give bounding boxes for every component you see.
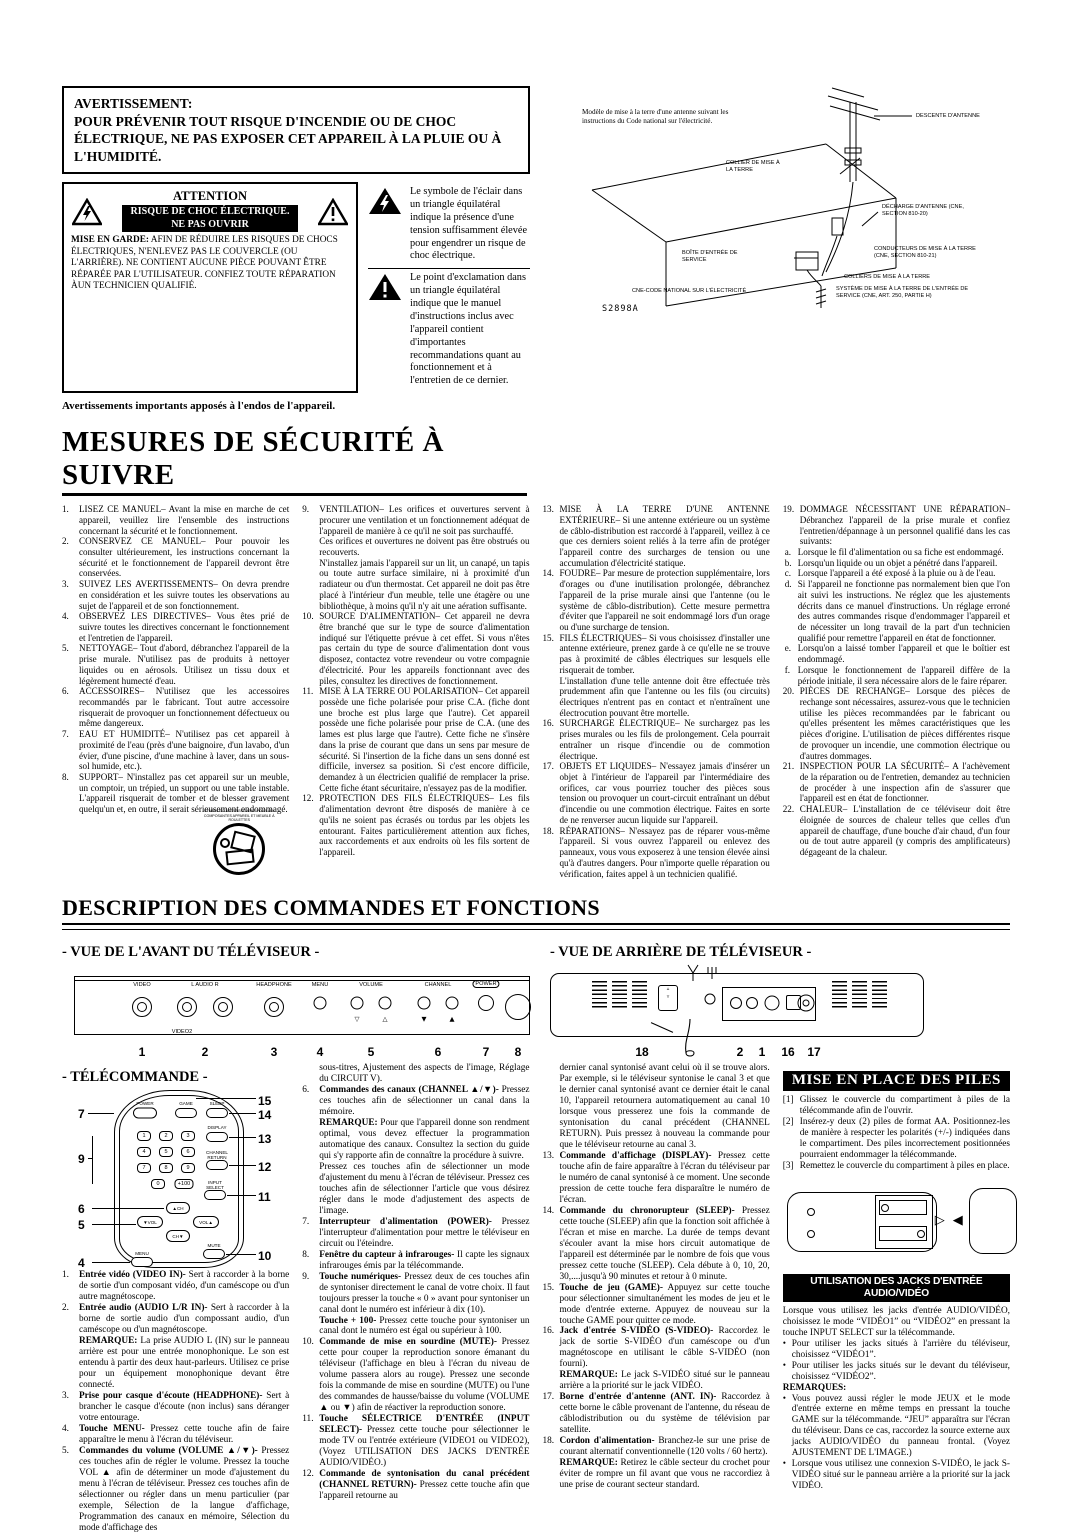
vent-grill	[872, 981, 887, 1008]
callout-13: 13	[258, 1132, 271, 1146]
menu-button	[314, 997, 327, 1010]
rear-view-block: - VUE DE ARRIÈRE DE TÉLÉVISEUR - ▵▿	[550, 938, 1010, 1059]
antenna-caption: Modèle de mise à la terre d'une antenne …	[582, 108, 750, 127]
tipover-pictogram	[213, 823, 265, 875]
title-double-rule	[62, 923, 1010, 930]
battery-terminal	[917, 1230, 925, 1238]
lightning-triangle-icon	[72, 198, 102, 231]
command-item: 15.Touche de jeu (GAME)- Appuyez sur cet…	[543, 1283, 770, 1327]
command-item: 11.Touche SÉLECTRICE D'ENTRÉE (INPUT SEL…	[302, 1414, 529, 1469]
item12-continuation: dernier canal syntonisé avant celui où i…	[560, 1063, 770, 1151]
rear-view-heading: - VUE DE ARRIÈRE DE TÉLÉVISEUR -	[550, 944, 1010, 961]
command-item: 13.Commande d'affichage (DISPLAY)- Press…	[543, 1151, 770, 1206]
command-item: 17.Borne d'entrée d'antenne (ANT. IN)- R…	[543, 1392, 770, 1436]
command-item: 16.Jack d'entrée S-VIDÉO (S-VIDEO)- Racc…	[543, 1326, 770, 1392]
remote-channel-up-button: ▲CH	[166, 1202, 190, 1214]
vent-grill	[852, 981, 867, 1008]
battery-step: [1]Glissez le couvercle du compartiment …	[783, 1095, 1010, 1117]
commands-title: DESCRIPTION DES COMMANDES ET FONCTIONS	[62, 895, 1010, 921]
callout-15: 15	[258, 1094, 271, 1108]
label-conducteurs: CONDUCTEURS DE MISE À LA TERRE (CNE, SEC…	[874, 246, 984, 260]
safety-list-4: 19.DOMMAGE NÉCESSITANT UNE RÉPARATION– D…	[783, 504, 1010, 858]
jacks-bullets-list: •Pour utiliser les jacks situés à l'arri…	[783, 1339, 1010, 1383]
remote-channel-return-button	[206, 1160, 228, 1170]
batteries-heading: MISE EN PLACE DES PILES	[783, 1071, 1010, 1091]
front-panel-diagram: VIDEO L AUDIO R HEADPHONE MENU VOLUME CH…	[62, 963, 532, 1059]
battery-terminal	[881, 1204, 889, 1212]
symbol-note-lightning: Le symbole de l'éclair dans un triangle …	[368, 183, 530, 268]
command-item: 7.Interrupteur d'alimentation (POWER)- P…	[302, 1217, 529, 1250]
vent-grill	[612, 981, 627, 1008]
leader-line	[92, 1136, 93, 1184]
remote-game-button	[175, 1108, 197, 1118]
leader-line	[88, 1158, 93, 1159]
front-number-7: 7	[483, 1045, 490, 1059]
leader-line	[88, 1113, 114, 1114]
channel-up-arrow: ▲	[450, 1015, 455, 1023]
leader-line	[92, 1262, 130, 1263]
screw-dot	[807, 1230, 815, 1238]
safety-item: 17.OBJETS ET LIQUIDES– N'essayez jamais …	[543, 761, 770, 825]
avertissement-box: AVERTISSEMENT: POUR PRÉVENIR TOUT RISQUE…	[62, 86, 530, 174]
power-button	[478, 995, 494, 1011]
remote-digit-8: 8	[159, 1163, 173, 1173]
video-in-jack	[132, 997, 152, 1017]
rear-number-17: 17	[807, 1045, 820, 1059]
remote-diagram: POWER GAME SLEEP DISPLAY 1 2 3 4 5 6 7 8…	[62, 1088, 289, 1270]
channel-up-button	[446, 997, 459, 1010]
rear-antenna-symbol	[678, 963, 728, 983]
rear-audio-r-jack	[746, 997, 758, 1009]
safety-item: 16.SURCHARGE ÉLECTRIQUE– Ne surchargez p…	[543, 718, 770, 761]
leader-line	[229, 1113, 256, 1114]
label-video2: VIDEO2	[172, 1029, 193, 1035]
leader-line	[226, 1254, 256, 1255]
label-volume: VOLUME	[359, 982, 383, 988]
leader-line	[229, 1137, 256, 1138]
remote-digit-0: 0	[151, 1179, 165, 1189]
safety-item: 21.INSPECTION POUR LA SÉCURITÉ– A l'achè…	[783, 761, 1010, 804]
attention-box: ATTENTION RISQUE DE CHOC ÉLECTRIQUE. NE …	[62, 182, 358, 393]
symbol-note-text: Le symbole de l'éclair dans un triangle …	[410, 186, 530, 263]
callout-12: 12	[258, 1160, 271, 1174]
jacks-remarques-list: •Vous pouvez aussi régler le mode JEUX e…	[783, 1394, 1010, 1493]
attention-title: ATTENTION	[71, 189, 349, 204]
tipover-caption: SYMBOLE D'AVERTISSEMENT POUR LES COMPOSA…	[195, 809, 283, 822]
vent-grill	[832, 981, 847, 1008]
label-decharge-antenne: DÉCHARGE D'ANTENNE (CNE, SECTION 810-20)	[882, 204, 968, 218]
jacks-remarque: •Lorsque vous utilisez une connexion S-V…	[783, 1459, 1010, 1492]
mise-en-garde-text: MISE EN GARDE: AFIN DE RÉDUIRE LES RISQU…	[71, 235, 349, 293]
label-l-audio-r: L AUDIO R	[191, 982, 218, 988]
label-collier-mise-terre: COLLIER DE MISE À LA TERRE	[726, 160, 784, 174]
symbol-note-text: Le point d'exclamation dans un triangle …	[410, 272, 530, 388]
power-cord-drawing	[670, 1019, 710, 1059]
volume-down-button	[351, 997, 364, 1010]
remote-display-button	[206, 1132, 228, 1142]
command-item: 6.Commandes des canaux (CHANNEL ▲/▼)- Pr…	[302, 1085, 529, 1217]
safety-item: 4.OBSERVEZ LES DIRECTIVES– Vous êtes pri…	[62, 611, 289, 643]
safety-col-2: 9.VENTILATION– Les orifices et ouverture…	[302, 504, 529, 879]
front-number-1: 1	[139, 1045, 146, 1059]
command-item: 4.Touche MENU- Pressez cette touche afin…	[62, 1424, 289, 1446]
lightning-solid-triangle-icon	[368, 186, 402, 221]
lower-columns: - TÉLÉCOMMANDE - POWER GAME SLEEP DISPLA…	[62, 1063, 1010, 1533]
safety-item: a.Lorsque le fil d'alimentation ou sa fi…	[785, 547, 1010, 558]
safety-list-3: 13.MISE À LA TERRE D'UNE ANTENNE EXTÉRIE…	[543, 504, 770, 879]
safety-item: 14.FOUDRE– Par mesure de protection supp…	[543, 568, 770, 632]
rear-antenna-connector	[798, 995, 815, 1012]
remote-volume-up-button: VOL▲	[193, 1216, 219, 1228]
remote-channel-return-label: CHANNEL RETURN	[202, 1150, 232, 1160]
command-item: 1.Entrée vidéo (VIDEO IN)- Sert à raccor…	[62, 1270, 289, 1303]
rear-panel-diagram: ▵▿ 18 2 1 16 17	[550, 963, 1010, 1059]
label-colliers: COLLIERS DE MISE À LA TERRE	[844, 274, 954, 281]
label-cne: CNE-CODE NATIONAL SUR L'ÉLECTRICITÉ	[632, 288, 782, 295]
safety-item: 15.FILS ÉLECTRIQUES– Si vous choisissez …	[543, 633, 770, 719]
item5-continuation: sous-titres, Ajustement des aspects de l…	[319, 1063, 529, 1085]
remote-digit-4: 4	[137, 1147, 151, 1157]
symbol-note-exclamation: Le point d'exclamation dans un triangle …	[368, 268, 530, 393]
safety-col-4: 19.DOMMAGE NÉCESSITANT UNE RÉPARATION– D…	[783, 504, 1010, 879]
label-systeme-mise-terre: SYSTÈME DE MISE À LA TERRE DE L'ENTRÉE D…	[836, 286, 986, 300]
top-row: AVERTISSEMENT: POUR PRÉVENIR TOUT RISQUE…	[62, 86, 1010, 412]
safety-item: 12.PROTECTION DES FILS ÉLECTRIQUES– Les …	[302, 793, 529, 857]
ch-up-cap: CH	[177, 1206, 184, 1211]
channel-down-arrow: ▼	[422, 1015, 427, 1023]
slide-arrow-outline: ▷	[935, 1212, 945, 1227]
callout-6: 6	[78, 1202, 85, 1216]
label-channel: CHANNEL	[425, 982, 452, 988]
front-number-2: 2	[202, 1045, 209, 1059]
command-item: 8.Fenêtre du capteur à infrarouges- Il c…	[302, 1250, 529, 1272]
channel-down-button	[418, 997, 431, 1010]
safety-columns: 1.LISEZ CE MANUEL– Avant la mise en marc…	[62, 504, 1010, 879]
remote-channel-down-button: CH▼	[166, 1230, 190, 1242]
remote-volume-down-button: ▼VOL	[137, 1216, 163, 1228]
front-number-3: 3	[271, 1045, 278, 1059]
remote-game-label: GAME	[179, 1101, 193, 1106]
front-view-block: - VUE DE L'AVANT DU TÉLÉVISEUR - VIDEO L…	[62, 938, 532, 1059]
vol-up-glyph: VOL▲	[199, 1220, 213, 1225]
volume-down-arrow: ▽	[355, 1015, 360, 1023]
callout-9: 9	[78, 1152, 85, 1166]
label-video: VIDEO	[133, 982, 150, 988]
stand-shape	[226, 849, 255, 866]
front-number-5: 5	[368, 1045, 375, 1059]
tipover-warning-icon: SYMBOLE D'AVERTISSEMENT POUR LES COMPOSA…	[195, 809, 283, 875]
callout-4: 4	[78, 1256, 85, 1270]
safety-item: d.Si l'appareil ne fonctionne pas normal…	[785, 579, 1010, 643]
command-item: 9.Touche numériques- Pressez deux de ces…	[302, 1272, 529, 1338]
safety-item: b.Lorsqu'un liquide ou un objet a pénétr…	[785, 558, 1010, 569]
lower-col-4: MISE EN PLACE DES PILES [1]Glissez le co…	[783, 1063, 1010, 1533]
leader-line	[229, 1165, 256, 1166]
person-shape	[220, 838, 230, 848]
screw-dot	[807, 1208, 815, 1216]
rear-number-1: 1	[759, 1045, 766, 1059]
command-item: 2.Entrée audio (AUDIO L/R IN)- Sert à ra…	[62, 1303, 289, 1391]
warnings-column: AVERTISSEMENT: POUR PRÉVENIR TOUT RISQUE…	[62, 86, 530, 412]
rear-number-2: 2	[737, 1045, 744, 1059]
safety-item: 10.SOURCE D'ALIMENTATION– Cet appareil n…	[302, 611, 529, 686]
rear-video-jack	[765, 996, 780, 1011]
safety-item: 9.VENTILATION– Les orifices et ouverture…	[302, 504, 529, 611]
battery-cover	[969, 1188, 1017, 1254]
lower-col-2: sous-titres, Ajustement des aspects de l…	[302, 1063, 529, 1533]
remote-power-label: POWER	[136, 1101, 153, 1106]
front-number-6: 6	[435, 1045, 442, 1059]
diagram-code: S2898A	[602, 304, 639, 314]
remote-sleep-label: SLEEP	[210, 1101, 225, 1106]
safety-item: 2.CONSERVEZ CE MANUEL– Pour pouvoir les …	[62, 536, 289, 579]
command-item: 5.Commandes du volume (VOLUME ▲/▼)- Pres…	[62, 1446, 289, 1534]
remote-digit-9: 9	[181, 1163, 195, 1173]
ir-sensor-window	[505, 994, 531, 1020]
callout-7: 7	[78, 1107, 85, 1121]
command-item: 18.Cordon d'alimentation- Branchez-le su…	[543, 1436, 770, 1491]
avertissement-body: POUR PRÉVENIR TOUT RISQUE D'INCENDIE OU …	[74, 114, 501, 164]
label-menu: MENU	[312, 982, 328, 988]
remote-digit-5: 5	[159, 1147, 173, 1157]
lower-col-3: dernier canal syntonisé avant celui où i…	[543, 1063, 770, 1533]
volume-up-arrow: △	[383, 1015, 388, 1023]
safety-item: 6.ACCESSOIRES– N'utilisez que les access…	[62, 686, 289, 729]
leader-line	[92, 1208, 164, 1209]
remote-digit-3: 3	[181, 1131, 195, 1141]
headphone-jack	[264, 997, 284, 1017]
rear-screw	[705, 994, 716, 1005]
battery-step: [2]Insérez-y deux (2) piles de format AA…	[783, 1117, 1010, 1161]
battery-step: [3]Remettez le couvercle du compartiment…	[783, 1161, 1010, 1172]
leader-line	[92, 1224, 136, 1225]
exclamation-triangle-icon	[318, 198, 348, 231]
symbol-notes: Le symbole de l'éclair dans un triangle …	[368, 182, 530, 393]
safety-item: 18.RÉPARATIONS– N'essayez pas de réparer…	[543, 826, 770, 880]
ch-down-glyph: ▼	[179, 1234, 184, 1239]
mise-en-garde-lead: MISE EN GARDE:	[71, 235, 149, 245]
command-item: 10.Commande de mise en sourdine (MUTE)- …	[302, 1337, 529, 1414]
remote-mute-label: MUTE	[207, 1243, 220, 1248]
remote-digit-7: 7	[137, 1163, 151, 1173]
command-item: 3.Prise pour casque d'écoute (HEADPHONE)…	[62, 1391, 289, 1424]
safety-item: f.Lorsque le fonctionnement de l'apparei…	[785, 665, 1010, 686]
jacks-bullet: •Pour utiliser les jacks situés à l'arri…	[783, 1339, 1010, 1361]
callout-10: 10	[258, 1249, 271, 1263]
vol-down-glyph: ▼VOL	[143, 1220, 157, 1225]
command-list-1: 1.Entrée vidéo (VIDEO IN)- Sert à raccor…	[62, 1270, 289, 1533]
label-power: POWER	[472, 980, 499, 988]
lower-col-1: - TÉLÉCOMMANDE - POWER GAME SLEEP DISPLA…	[62, 1063, 289, 1533]
command-item: 14.Commande du chronorupteur (SLEEP)- Pr…	[543, 1206, 770, 1283]
remote-power-button	[133, 1108, 157, 1119]
safety-item: c.Lorsque l'appareil a été exposé à la p…	[785, 568, 1010, 579]
remote-menu-label: MENU	[135, 1251, 149, 1256]
jacks-bullet: •Pour utiliser les jacks situés sur le d…	[783, 1361, 1010, 1383]
remote-input-select-label: INPUT SELECT	[202, 1180, 228, 1190]
safety-item: 5.NETTOYAGE– Tout d'abord, débranchez l'…	[62, 643, 289, 686]
attention-row: ATTENTION RISQUE DE CHOC ÉLECTRIQUE. NE …	[62, 182, 530, 393]
exclamation-solid-triangle-icon	[368, 272, 402, 307]
command-list-3: 13.Commande d'affichage (DISPLAY)- Press…	[543, 1151, 770, 1491]
rear-number-16: 16	[781, 1045, 794, 1059]
leader-line	[196, 1098, 256, 1099]
jacks-heading: UTILISATION DES JACKS D'ENTRÉE AUDIO/VID…	[783, 1274, 1010, 1302]
callout-5: 5	[78, 1218, 85, 1232]
volume-up-button	[379, 997, 392, 1010]
jacks-remarque: •Vous pouvez aussi régler le mode JEUX e…	[783, 1394, 1010, 1460]
safety-item: 13.MISE À LA TERRE D'UNE ANTENNE EXTÉRIE…	[543, 504, 770, 568]
remote-plus100-button: +100	[175, 1179, 194, 1189]
risque-choc-badge: RISQUE DE CHOC ÉLECTRIQUE. NE PAS OUVRIR	[122, 205, 298, 232]
safety-item: 20.PIÈCES DE RECHANGE– Lorsque des pièce…	[783, 686, 1010, 761]
vent-grill	[632, 981, 647, 1008]
front-view-heading: - VUE DE L'AVANT DU TÉLÉVISEUR -	[62, 944, 532, 961]
rear-number-18: 18	[635, 1045, 648, 1059]
safety-item: 19.DOMMAGE NÉCESSITANT UNE RÉPARATION– D…	[783, 504, 1010, 547]
slide-arrow-solid: ◀	[953, 1212, 963, 1227]
remote-digit-2: 2	[159, 1131, 173, 1141]
safety-list-1: 1.LISEZ CE MANUEL– Avant la mise en marc…	[62, 504, 289, 815]
callout-14: 14	[258, 1108, 271, 1122]
jacks-intro: Lorsque vous utilisez les jacks d'entrée…	[783, 1306, 1010, 1339]
leader-line	[227, 1195, 256, 1196]
safety-col-3: 13.MISE À LA TERRE D'UNE ANTENNE EXTÉRIE…	[543, 504, 770, 879]
safety-item: e.Lorsqu'on a laissé tomber l'appareil e…	[785, 643, 1010, 664]
battery-steps-list: [1]Glissez le couvercle du compartiment …	[783, 1095, 1010, 1172]
safety-item: 7.EAU ET HUMIDITÉ– N'utilisez pas cet ap…	[62, 729, 289, 772]
remote-menu-button	[131, 1257, 153, 1267]
callout-11: 11	[258, 1190, 271, 1204]
safety-item: 3.SUIVEZ LES AVERTISSEMENTS– On devra pr…	[62, 579, 289, 611]
remote-sleep-button	[206, 1108, 228, 1118]
audio-l-jack	[177, 997, 197, 1017]
tv-views-row: - VUE DE L'AVANT DU TÉLÉVISEUR - VIDEO L…	[62, 938, 1010, 1059]
remote-heading: - TÉLÉCOMMANDE -	[62, 1069, 289, 1086]
battery-diagram: ▷ ◀	[783, 1178, 1010, 1264]
rear-audio-l-jack	[730, 997, 742, 1009]
label-boite-entree-service: BOÎTE D'ENTRÉE DE SERVICE	[682, 250, 748, 264]
command-item: 12.Commande de syntonisation du canal pr…	[302, 1469, 529, 1502]
manual-page: AVERTISSEMENT: POUR PRÉVENIR TOUT RISQUE…	[62, 86, 1010, 1534]
safety-title: MESURES DE SÉCURITÉ À SUIVRE	[62, 426, 527, 496]
remote-digit-6: 6	[181, 1147, 195, 1157]
rear-control-pad: ▵▿	[658, 985, 678, 1011]
front-number-4: 4	[317, 1045, 324, 1059]
safety-item: 11.MISE À LA TERRE OU POLARISATION– Cet …	[302, 686, 529, 793]
safety-list-2: 9.VENTILATION– Les orifices et ouverture…	[302, 504, 529, 858]
label-headphone: HEADPHONE	[256, 982, 291, 988]
audio-r-jack	[213, 997, 233, 1017]
remarques-title: REMARQUES:	[783, 1383, 1010, 1394]
front-number-8: 8	[515, 1045, 522, 1059]
command-list-2: 6.Commandes des canaux (CHANNEL ▲/▼)- Pr…	[302, 1085, 529, 1502]
remote-display-label: DISPLAY	[207, 1125, 226, 1130]
vent-grill	[592, 981, 607, 1008]
safety-col-1: 1.LISEZ CE MANUEL– Avant la mise en marc…	[62, 504, 289, 879]
safety-item: 1.LISEZ CE MANUEL– Avant la mise en marc…	[62, 504, 289, 536]
apposed-note: Avertissements importants apposés à l'en…	[62, 400, 530, 412]
antenna-grounding-diagram: Modèle de mise à la terre d'une antenne …	[544, 86, 1010, 314]
label-descente-antenne: DESCENTE D'ANTENNE	[916, 113, 996, 120]
remote-input-select-button	[204, 1190, 226, 1200]
ch-down-cap: CH	[172, 1234, 179, 1239]
avertissement-title: AVERTISSEMENT:	[74, 96, 192, 111]
remote-mute-button	[203, 1249, 225, 1259]
remote-digit-1: 1	[137, 1131, 151, 1141]
safety-item: 22.CHALEUR– L'installation de ce télévis…	[783, 804, 1010, 858]
